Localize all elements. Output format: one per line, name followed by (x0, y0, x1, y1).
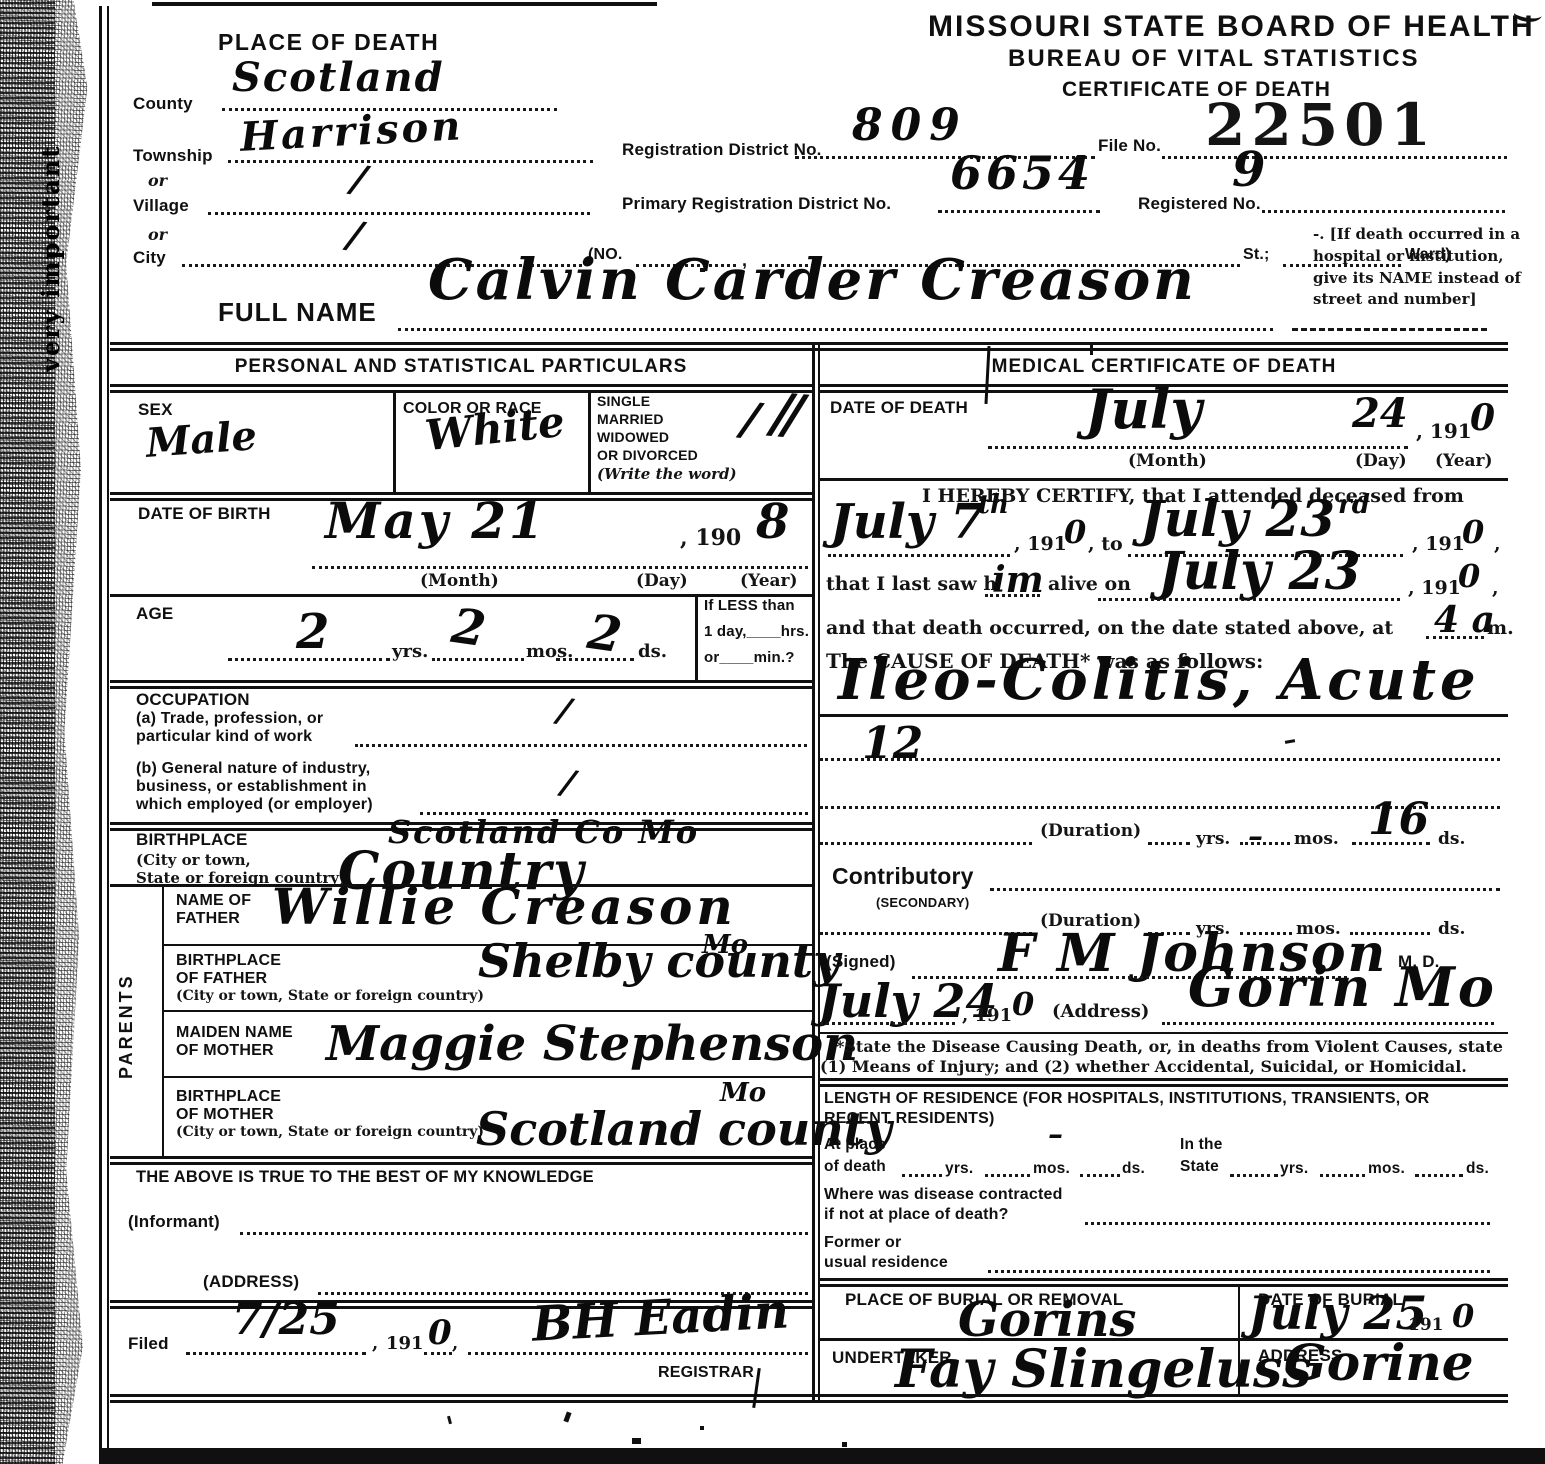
primary-registration-label: Primary Registration District No. (622, 194, 891, 213)
mother-name-value: Maggie Stephenson (326, 1020, 858, 1068)
attended-from-line (828, 554, 1010, 557)
at-place-ds-label: ds. (1122, 1160, 1145, 1177)
former-label-2: usual residence (824, 1254, 948, 1272)
former-residence-line (988, 1270, 1490, 1273)
date-of-death-year-value: 0 (1470, 400, 1495, 436)
father-birthplace-value: Shelby county (478, 938, 840, 984)
registered-no-line (1262, 210, 1505, 213)
footnote-divider (820, 1078, 1508, 1087)
occupation-b-line-1: (b) General nature of industry, (136, 760, 370, 778)
signed-year-printed: , 191 (962, 1006, 1012, 1027)
hospital-note: -. [If death occurred in a hospital or i… (1313, 224, 1523, 311)
attended-to-sup: rd (1338, 492, 1370, 518)
occupation-b-line-2: business, or establishment in (136, 778, 367, 796)
dob-line (312, 566, 808, 569)
secondary-label: (SECONDARY) (876, 896, 969, 911)
residence-dash-mark: – (1048, 1120, 1063, 1150)
father-name-value: Willie Creason (272, 882, 737, 932)
state-mos-label: mos. (1368, 1160, 1405, 1177)
date-of-death-day: 24 (1352, 394, 1408, 434)
primary-registration-line (938, 210, 1100, 213)
contracted-line (1085, 1222, 1490, 1225)
to-comma: , (1494, 534, 1501, 556)
burial-place-value: Gorins (958, 1296, 1136, 1344)
personal-title: PERSONAL AND STATISTICAL PARTICULARS (110, 356, 812, 377)
full-name-value: Calvin Carder Creason (428, 252, 1197, 308)
st-label: St.; (1243, 246, 1270, 264)
duration2-ds-label: ds. (1438, 920, 1465, 940)
last-saw-date-line (1098, 598, 1400, 601)
alive-on-label: alive on (1048, 574, 1131, 596)
dod-day-caption: (Day) (1355, 452, 1407, 472)
occurred-line: and that death occurred, on the date sta… (826, 618, 1393, 640)
cause-value: Ileo-Colitis, Acute (838, 652, 1480, 708)
at-place-ds-line (1080, 1174, 1120, 1177)
signed-address-label: (Address) (1052, 1002, 1149, 1023)
bottom-double-rule (110, 1394, 1508, 1403)
age-mos-value: 2 (449, 602, 489, 654)
date-of-death-year-printed: , 191 (1416, 420, 1472, 443)
color-race-value: White (423, 401, 566, 457)
dod-year-caption: (Year) (1435, 452, 1493, 472)
residence-title-2: RECENT RESIDENTS) (824, 1110, 995, 1128)
father-birthplace-label-2: OF FATHER (176, 970, 267, 988)
filed-date-line (186, 1352, 366, 1355)
mother-name-line (162, 1076, 812, 1078)
age-yrs-label: yrs. (392, 642, 428, 663)
scan-speck (700, 1426, 704, 1430)
occupation-b-line-3: which employed (or employer) (136, 796, 373, 814)
state-yrs-line (1230, 1174, 1278, 1177)
occupation-a-line (355, 744, 807, 747)
sex-value: Male (145, 416, 258, 464)
city-label: City (133, 248, 166, 267)
marital-mark-2: // (770, 385, 798, 441)
doc-top-border (152, 2, 657, 6)
contracted-label-2: if not at place of death? (824, 1206, 1009, 1224)
signed-address-line (1162, 1022, 1494, 1025)
full-name-label: FULL NAME (218, 298, 377, 327)
township-label: Township (133, 146, 213, 165)
signed-label: (Signed) (826, 952, 896, 971)
place-of-death-title: PLACE OF DEATH (218, 30, 439, 56)
scan-speck (700, 268, 705, 272)
father-name-label-2: FATHER (176, 910, 240, 928)
state-yrs-label: yrs. (1280, 1160, 1308, 1177)
bureau-title: BUREAU OF VITAL STATISTICS (1008, 46, 1420, 73)
full-name-line-2 (1292, 328, 1487, 331)
age-yrs-value: 2 (296, 608, 329, 656)
signed-address-value: Gorin Mo (1188, 960, 1497, 1014)
scan-speck (447, 1416, 452, 1425)
file-no-line (1162, 156, 1507, 159)
at-place-yrs-label: yrs. (945, 1160, 973, 1177)
registrar-signature-line (468, 1352, 808, 1355)
undertaker-address-value: Gorine (1284, 1338, 1474, 1388)
to-label: , to (1088, 534, 1123, 556)
medical-title: MEDICAL CERTIFICATE OF DEATH (820, 356, 1508, 377)
at-place-mos-label: mos. (1033, 1160, 1070, 1177)
or-label-1: or (148, 172, 167, 190)
attest-statement: THE ABOVE IS TRUE TO THE BEST OF MY KNOW… (136, 1168, 594, 1186)
occupation-a-line-2: particular kind of work (136, 728, 312, 746)
occupation-a-line-1: (a) Trade, profession, or (136, 710, 323, 728)
duration-ds-label: ds. (1438, 830, 1465, 850)
scan-speck (563, 1411, 571, 1422)
marital-note: (Write the word) (597, 466, 737, 483)
registrar-label: REGISTRAR (658, 1364, 754, 1382)
dob-label: DATE OF BIRTH (138, 504, 271, 523)
mother-birthplace-caption: (City or town, State or foreign country) (176, 1124, 484, 1140)
filed-year-line (424, 1352, 452, 1355)
last-saw-year-value: 0 (1458, 560, 1480, 592)
death-certificate-scan: very important PLACE OF DEATH County Sco… (0, 0, 1545, 1464)
age-ds-line (556, 658, 634, 661)
attended-from-value: July 7 (830, 498, 984, 546)
sex-label: SEX (138, 400, 173, 419)
bottom-scan-band (100, 1448, 1545, 1464)
cause-blank-line-1 (820, 758, 1500, 761)
filed-year-printed: 191 (386, 1334, 424, 1355)
less-than-line-2: 1 day,____hrs. (704, 624, 809, 641)
dob-value: May 21 (325, 496, 547, 546)
personal-title-divider (110, 384, 812, 393)
signed-date-line (820, 1022, 955, 1025)
burial-date-value: July 25 (1248, 1290, 1427, 1336)
duration-yrs-line (1148, 842, 1190, 845)
age-less-divider (695, 594, 698, 682)
village-line (208, 212, 590, 215)
marital-mark-1: / (739, 395, 762, 443)
last-saw-comma: , (1492, 578, 1499, 600)
duration-dash: – (1248, 822, 1263, 852)
age-row-divider (110, 680, 812, 689)
dob-year-caption: (Year) (740, 572, 798, 592)
age-mos-line (432, 658, 524, 661)
undertaker-signature: Fay Slingeluss (895, 1344, 1312, 1396)
duration-ds-line (1352, 842, 1430, 845)
doc-left-border-outer (99, 6, 102, 1464)
residence-title-1: LENGTH OF RESIDENCE (FOR HOSPITALS, INST… (824, 1090, 1429, 1108)
father-birthplace-label-1: BIRTHPLACE (176, 952, 281, 970)
dod-month-caption: (Month) (1128, 452, 1207, 472)
contracted-label-1: Where was disease contracted (824, 1186, 1063, 1204)
mother-name-label-1: MAIDEN NAME (176, 1024, 293, 1042)
marital-label-1: SINGLE (597, 394, 650, 410)
contributory-label: Contributory (832, 864, 974, 890)
full-name-line (398, 328, 1273, 331)
mother-birthplace-label-2: OF MOTHER (176, 1106, 274, 1124)
age-label: AGE (136, 604, 173, 623)
to-year-value: 0 (1462, 516, 1484, 548)
occupation-b-mark: / (559, 765, 577, 801)
date-of-death-line (988, 446, 1408, 449)
last-saw-him-line (985, 594, 1040, 597)
occupation-label: OCCUPATION (136, 690, 250, 709)
scan-speck (632, 1438, 641, 1444)
age-ds-value: 2 (585, 608, 625, 660)
filed-comma-2: , (452, 1334, 458, 1355)
signed-row-divider (820, 1032, 1508, 1034)
doc-left-border-inner (107, 6, 109, 1464)
state-ds-label: ds. (1466, 1160, 1489, 1177)
last-saw-pre: that I last saw h (826, 574, 997, 596)
marital-label-4: OR DIVORCED (597, 448, 698, 464)
mother-name-label-2: OF MOTHER (176, 1042, 274, 1060)
last-saw-him: im (992, 562, 1044, 598)
age-yrs-line (228, 658, 390, 661)
filed-label: Filed (128, 1334, 169, 1353)
occurred-time-value: 4 a (1434, 602, 1495, 638)
scan-speck (842, 1442, 847, 1447)
informant-address-label: (ADDRESS) (203, 1272, 299, 1291)
registration-district-label: Registration District No. (622, 140, 822, 159)
township-line (228, 160, 593, 163)
mother-birthplace-label-1: BIRTHPLACE (176, 1088, 281, 1106)
in-the-label-2: State (1180, 1158, 1219, 1175)
registration-district-value: 809 (852, 104, 968, 148)
or-label-2: or (148, 226, 167, 244)
sex-color-divider (393, 393, 396, 492)
dob-year-printed: , 190 (680, 526, 741, 551)
last-saw-year-printed: , 191 (1408, 578, 1461, 600)
column-divider-inner (818, 342, 820, 1402)
marital-label-3: WIDOWED (597, 430, 669, 446)
duration-lead-line (820, 842, 1032, 845)
registrar-signature: BH Eadin (531, 1287, 790, 1348)
attended-from-sup: th (978, 492, 1009, 518)
primary-registration-value: 6654 (950, 150, 1094, 196)
board-title: MISSOURI STATE BOARD OF HEALTH (928, 10, 1535, 44)
dod-row-divider (820, 478, 1508, 481)
village-mark: / (349, 159, 369, 199)
duration-yrs-label: yrs. (1196, 830, 1230, 850)
cause-line (820, 714, 1508, 717)
scan-speck (1090, 345, 1093, 355)
footnote-line-1: *State the Disease Causing Death, or, in… (836, 1038, 1503, 1056)
binding-note-text: very important (36, 52, 65, 372)
to-year-printed: , 191 (1412, 534, 1465, 556)
duration-ds-value: 16 (1368, 798, 1429, 842)
state-ds-line (1415, 1174, 1463, 1177)
filed-comma-1: , (372, 1334, 378, 1355)
signed-year-value: 0 (1012, 988, 1034, 1020)
date-of-death-month: July (1085, 382, 1202, 436)
in-the-label-1: In the (1180, 1136, 1223, 1153)
county-value: Scotland (232, 58, 445, 98)
parents-strip-divider (162, 886, 164, 1158)
file-no-label: File No. (1098, 136, 1161, 155)
occupation-a-mark: / (555, 693, 573, 729)
father-birthplace-state: Mo (702, 932, 748, 958)
duration-mos-label: mos. (1294, 830, 1339, 850)
burial-year-value: 0 (1452, 1300, 1474, 1332)
registered-no-value: 9 (1232, 146, 1265, 194)
at-place-mos-line (985, 1174, 1030, 1177)
city-mark: / (345, 215, 365, 255)
from-year-printed: , 191 (1014, 534, 1067, 556)
father-name-label-1: NAME OF (176, 892, 251, 910)
dob-day-caption: (Day) (636, 572, 688, 592)
marital-label-2: MARRIED (597, 412, 664, 428)
parents-row-divider (110, 1156, 812, 1165)
at-place-yrs-line (902, 1174, 942, 1177)
former-label-1: Former or (824, 1234, 901, 1252)
filed-date-value: 7/25 (232, 1298, 340, 1342)
scan-speck (1285, 739, 1295, 744)
township-value: Harrison (239, 106, 464, 158)
less-than-line-3: or____min.? (704, 650, 795, 667)
at-place-label-2: of death (824, 1158, 886, 1175)
attended-to-value: July 23 (1140, 494, 1335, 544)
less-than-line-1: If LESS than (704, 598, 795, 615)
footnote-line-2: (1) Means of Injury; and (2) whether Acc… (820, 1058, 1467, 1076)
birthplace-caption-1: (City or town, (136, 852, 251, 869)
column-divider-outer (812, 342, 815, 1402)
duration-mos-line (1240, 842, 1290, 845)
color-marital-divider (588, 393, 591, 492)
at-place-label-1: At place (824, 1136, 886, 1153)
birthplace-label: BIRTHPLACE (136, 830, 248, 849)
parents-side-label: PARENTS (116, 892, 160, 1160)
occurred-time-line (1426, 636, 1484, 639)
father-birthplace-line (162, 1010, 812, 1012)
mother-birthplace-state: Mo (720, 1080, 766, 1106)
last-saw-date: July 23 (1158, 546, 1361, 598)
from-year-value: 0 (1064, 516, 1086, 548)
contributory-line (990, 888, 1500, 891)
father-birthplace-caption: (City or town, State or foreign country) (176, 988, 484, 1004)
age-ds-label: ds. (638, 642, 667, 663)
dob-year-value: 8 (756, 498, 789, 546)
filed-year-value: 0 (428, 1316, 452, 1350)
duration-label: (Duration) (1040, 822, 1141, 842)
village-label: Village (133, 196, 189, 215)
date-of-death-label: DATE OF DEATH (830, 398, 968, 417)
section-top-divider (110, 342, 1508, 351)
informant-label: (Informant) (128, 1212, 220, 1231)
informant-line (240, 1232, 808, 1235)
county-label: County (133, 94, 193, 113)
dob-month-caption: (Month) (420, 572, 499, 592)
state-mos-line (1320, 1174, 1365, 1177)
occurred-m-label: m. (1487, 618, 1514, 640)
